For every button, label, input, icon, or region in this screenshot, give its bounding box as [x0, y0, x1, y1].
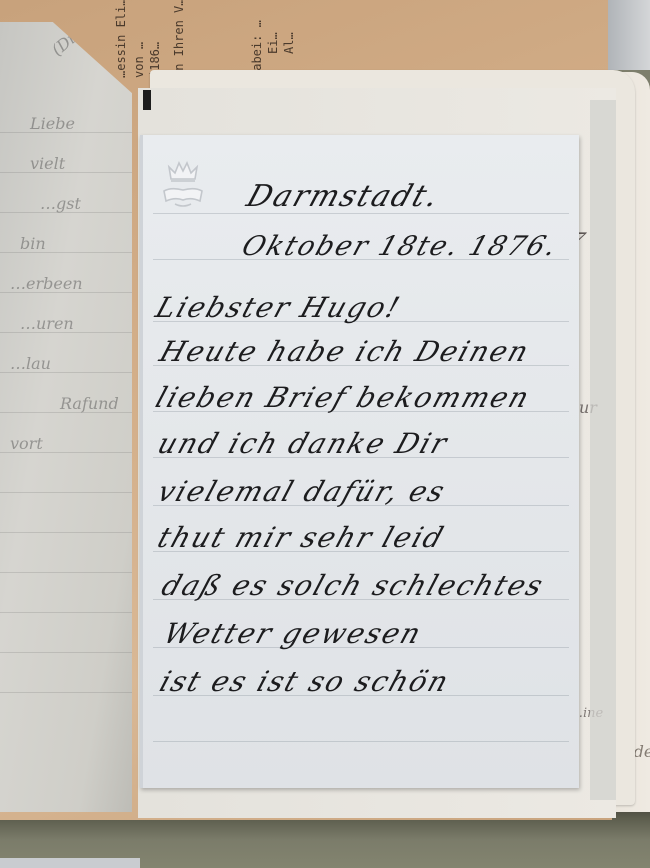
faint-text: Liebe [30, 114, 75, 133]
letter-salutation: Liebster Hugo! [152, 291, 406, 324]
faint-text: …uren [20, 314, 74, 333]
letter-body-line: daß es solch schlechtes [158, 569, 549, 602]
faint-text: …lau [10, 354, 51, 373]
faint-text: Rafund [60, 394, 119, 413]
crown-monogram-icon [161, 157, 205, 209]
letter-body-line: Heute habe ich Deinen [156, 335, 535, 368]
letter-body-line: lieben Brief bekommen [152, 381, 535, 414]
letter-body-line: thut mir sehr leid [154, 521, 450, 554]
handwritten-letter: Darmstadt. Oktober 18te. 1876. Liebster … [140, 135, 579, 788]
letter-body-line: ist es ist so schön [156, 665, 455, 698]
archival-tape-strip [590, 100, 616, 800]
faint-text: bin [20, 234, 46, 253]
faint-text: vort [10, 434, 43, 453]
faint-text: …gst [40, 194, 81, 213]
letter-date: Oktober 18te. 1876. [238, 231, 562, 262]
typed-line: an Ihren V… [172, 0, 186, 78]
letter-body-line: vielemal dafür, es [154, 475, 451, 508]
typed-line: Ei… [266, 32, 280, 54]
background-letter-left: (Die Liebe vielt …gst bin …erbeen …uren … [0, 22, 132, 812]
typed-line: …essin Eli… [114, 0, 128, 78]
typed-line: von … [132, 42, 146, 78]
letter-body-line: und ich danke Dir [154, 427, 453, 460]
typed-line: Al… [282, 32, 296, 54]
table-edge [0, 858, 140, 868]
faint-text: vielt [30, 154, 65, 173]
letter-body-line: Wetter gewesen [160, 617, 427, 650]
folder-clip-tab [143, 90, 151, 110]
folder-edge [608, 0, 650, 70]
letter-place: Darmstadt. [242, 179, 444, 214]
faint-text: …erbeen [10, 274, 83, 293]
